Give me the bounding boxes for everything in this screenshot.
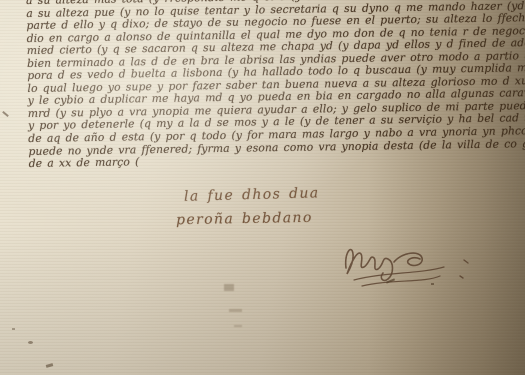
ink-speck	[46, 363, 54, 368]
signature-line-2: peroña bebdano	[176, 211, 313, 227]
ink-showthrough-mark	[234, 325, 242, 327]
manuscript-photo: a su alteza mas tota (y rrespondio me q …	[0, 0, 525, 375]
rubric-signature	[336, 232, 478, 294]
manuscript-text-block: a su alteza mas tota (y rrespondio me q …	[26, 0, 525, 171]
ink-speck	[2, 111, 9, 117]
signature-line-1: la fue dhos dua	[184, 186, 320, 204]
ink-showthrough-mark	[224, 284, 234, 291]
ink-speck	[28, 341, 33, 344]
ink-showthrough-mark	[229, 309, 242, 312]
ink-speck	[12, 328, 15, 330]
ink-speck	[431, 283, 434, 285]
